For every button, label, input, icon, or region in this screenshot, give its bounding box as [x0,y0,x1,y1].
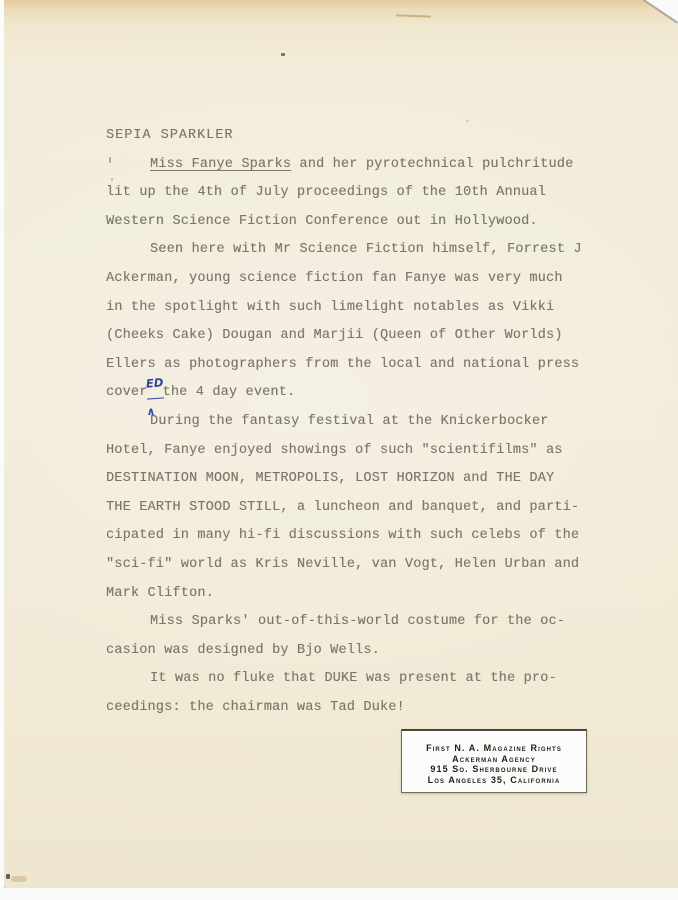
text-segment: cover [106,385,148,400]
stamp-line-agency: Ackerman Agency [402,754,586,765]
paper-speck [281,53,285,56]
text-line: Ackerman, young science fiction fan Fany… [106,265,596,294]
text-line: cipated in many hi-fi discussions with s… [106,522,596,551]
text-line: DESTINATION MOON, METROPOLIS, LOST HORIZ… [106,465,596,494]
text-line: coverED∧the 4 day event. [106,379,596,408]
text-line: (Cheeks Cake) Dougan and Marjii (Queen o… [106,322,596,351]
text-line: THE EARTH STOOD STILL, a luncheon and ba… [106,494,596,523]
typewritten-text-block: SEPIA SPARKLER Miss Fanye Sparks and her… [106,122,596,722]
text-line: Seen here with Mr Science Fiction himsel… [106,236,596,265]
text-line: Hotel, Fanye enjoyed showings of such "s… [106,437,596,466]
text-line: in the spotlight with such limelight not… [106,294,596,323]
text-line: It was no fluke that DUKE was present at… [106,665,596,694]
agency-stamp: First N. A. Magazine Rights Ackerman Age… [401,729,587,793]
text-segment: and her pyrotechnical pulchritude [291,157,573,172]
document-title: SEPIA SPARKLER [106,122,596,151]
text-line: During the fantasy festival at the Knick… [106,408,596,437]
text-line: lit up the 4th of July proceedings of th… [106,179,596,208]
stamp-line-rights: First N. A. Magazine Rights [402,743,586,754]
text-line: Ellers as photographers from the local a… [106,351,596,380]
handwritten-insert-text: ED [145,369,164,400]
text-line: Western Science Fiction Conference out i… [106,208,596,237]
text-segment: the 4 day event. [163,385,296,400]
text-line: Miss Sparks' out-of-this-world costume f… [106,608,596,637]
stamp-line-city: Los Angeles 35, California [402,775,586,786]
text-line: Mark Clifton. [106,580,596,609]
paper-smudge [11,876,27,882]
stamp-line-street: 915 So. Sherbourne Drive [402,764,586,775]
paper-speck [6,874,10,879]
text-line: ceedings: the chairman was Tad Duke! [106,694,596,723]
text-line: "sci-fi" world as Kris Neville, van Vogt… [106,551,596,580]
scanned-document-canvas: SEPIA SPARKLER Miss Fanye Sparks and her… [0,0,678,900]
insertion-caret-mark: ∧ [147,398,156,427]
underlined-name: Miss Fanye Sparks [150,157,291,172]
text-line: Miss Fanye Sparks and her pyrotechnical … [106,151,596,180]
handwritten-insertion: ED∧ [148,394,163,395]
text-line: casion was designed by Bjo Wells. [106,637,596,666]
scanner-edge-strip [0,0,4,892]
